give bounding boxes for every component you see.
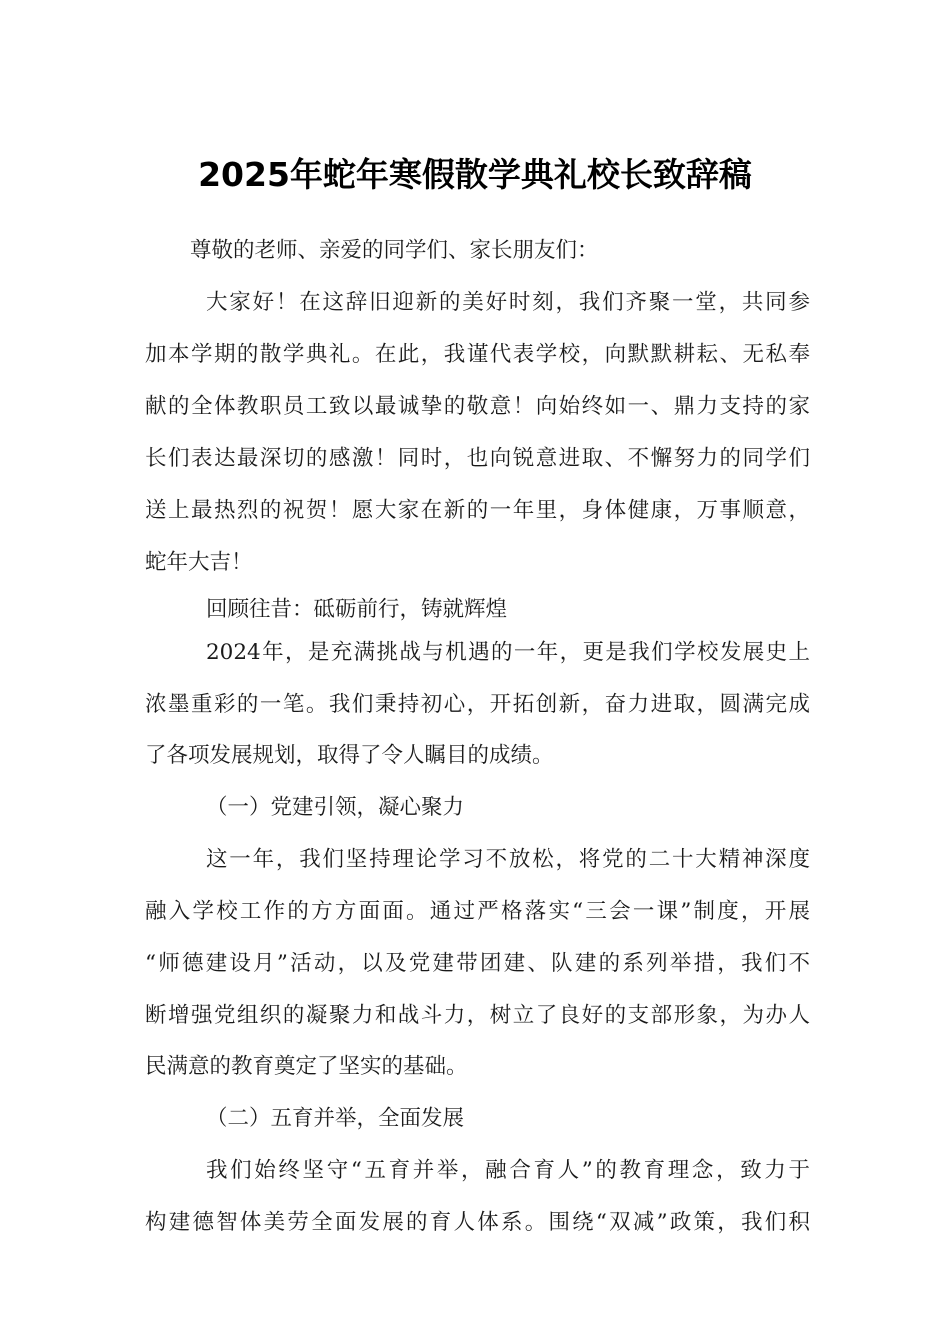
paragraph-line: 了各项发展规划，取得了令人瞩目的成绩。: [145, 741, 810, 771]
document-title: 2025年蛇年寒假散学典礼校长致辞稿: [0, 152, 950, 198]
paragraph-line: 断增强党组织的凝聚力和战斗力，树立了良好的支部形象，为办人: [145, 1001, 810, 1031]
paragraph-line: 蛇年大吉！: [145, 548, 810, 578]
paragraph-line: 送上最热烈的祝贺！愿大家在新的一年里，身体健康，万事顺意，: [145, 496, 810, 526]
paragraph-line: 大家好！在这辞旧迎新的美好时刻，我们齐聚一堂，共同参: [206, 288, 810, 318]
paragraph-line: 构建德智体美劳全面发展的育人体系。围绕“双减”政策，我们积: [145, 1208, 810, 1238]
paragraph-line: 民满意的教育奠定了坚实的基础。: [145, 1052, 810, 1082]
salutation-line: 尊敬的老师、亲爱的同学们、家长朋友们：: [190, 236, 855, 266]
paragraph-line: 2024年，是充满挑战与机遇的一年，更是我们学校发展史上: [206, 638, 810, 668]
paragraph-line: 献的全体教职员工致以最诚挚的敬意！向始终如一、鼎力支持的家: [145, 392, 810, 422]
paragraph-line: 融入学校工作的方方面面。通过严格落实“三会一课”制度，开展: [145, 897, 810, 927]
paragraph-line: 浓墨重彩的一笔。我们秉持初心，开拓创新，奋力进取，圆满完成: [145, 690, 810, 720]
subsection-heading: （一）党建引领，凝心聚力: [206, 793, 810, 823]
paragraph-line: 这一年，我们坚持理论学习不放松，将党的二十大精神深度: [206, 845, 810, 875]
section-heading: 回顾往昔：砥砺前行，铸就辉煌: [206, 595, 810, 625]
document-page: 2025年蛇年寒假散学典礼校长致辞稿 尊敬的老师、亲爱的同学们、家长朋友们： 大…: [0, 0, 950, 1344]
paragraph-line: “师德建设月”活动，以及党建带团建、队建的系列举措，我们不: [145, 949, 810, 979]
paragraph-line: 加本学期的散学典礼。在此，我谨代表学校，向默默耕耘、无私奉: [145, 340, 810, 370]
paragraph-line: 长们表达最深切的感激！同时，也向锐意进取、不懈努力的同学们: [145, 444, 810, 474]
subsection-heading: （二）五育并举，全面发展: [206, 1104, 810, 1134]
paragraph-line: 我们始终坚守“五育并举，融合育人”的教育理念，致力于: [206, 1156, 810, 1186]
